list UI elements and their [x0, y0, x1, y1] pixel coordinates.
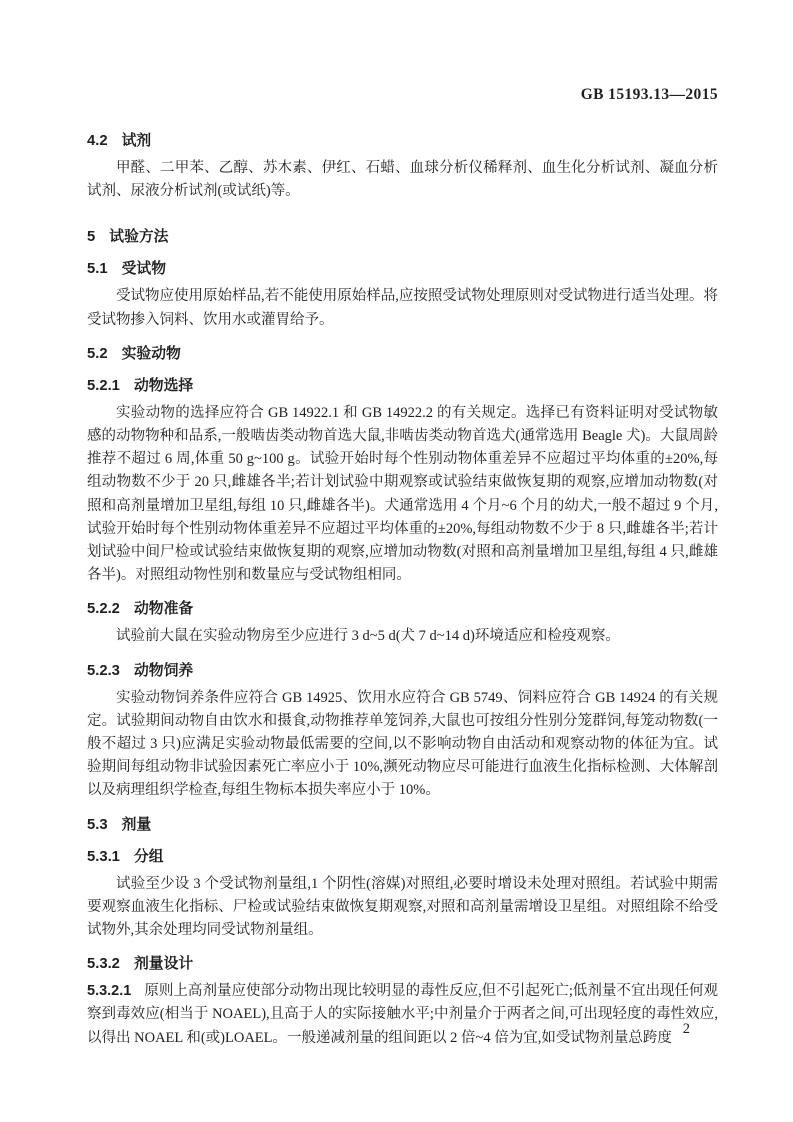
paragraph-test-substance: 受试物应使用原始样品,若不能使用原始样品,应按照受试物处理原则对受试物进行适当处… — [87, 285, 718, 331]
section-title: 动物准备 — [134, 601, 193, 617]
section-title: 分组 — [134, 849, 164, 865]
paragraph-dose-design: 5.3.2.1原则上高剂量应使部分动物出现比较明显的毒性反应,但不引起死亡;低剂… — [87, 980, 718, 1050]
paragraph-grouping: 试验至少设 3 个受试物剂量组,1 个阴性(溶媒)对照组,必要时增设未处理对照组… — [87, 873, 718, 943]
section-number: 5.3.1 — [87, 847, 120, 867]
section-number: 5.2.2 — [87, 599, 120, 619]
section-number: 5 — [87, 227, 95, 247]
section-heading-5-3: 5.3剂量 — [87, 815, 718, 835]
section-heading-5-1: 5.1受试物 — [87, 259, 718, 279]
section-heading-5-3-2: 5.3.2剂量设计 — [87, 954, 718, 974]
section-title: 剂量设计 — [134, 956, 193, 972]
section-heading-5-2-1: 5.2.1动物选择 — [87, 376, 718, 396]
section-number: 5.2 — [87, 344, 108, 364]
paragraph-animal-housing: 实验动物饲养条件应符合 GB 14925、饮用水应符合 GB 5749、饲料应符… — [87, 687, 718, 803]
section-heading-5-2: 5.2实验动物 — [87, 344, 718, 364]
section-number: 5.1 — [87, 259, 108, 279]
section-number: 5.2.3 — [87, 661, 120, 681]
page-number: 2 — [683, 1021, 690, 1037]
section-title: 实验动物 — [122, 346, 181, 362]
section-heading-5-2-2: 5.2.2动物准备 — [87, 599, 718, 619]
section-title: 剂量 — [122, 817, 152, 833]
section-number: 4.2 — [87, 131, 108, 151]
document-body: 4.2试剂 甲醛、二甲苯、乙醇、苏木素、伊红、石蜡、血球分析仪稀释剂、血生化分析… — [87, 131, 718, 1054]
section-title: 试验方法 — [109, 229, 168, 245]
page-header: GB 15193.13—2015 — [87, 86, 718, 104]
page-footer: 2 — [87, 1021, 718, 1038]
section-title: 试剂 — [122, 133, 152, 149]
section-title: 动物选择 — [134, 378, 193, 394]
paragraph-reagents: 甲醛、二甲苯、乙醇、苏木素、伊红、石蜡、血球分析仪稀释剂、血生化分析试剂、凝血分… — [87, 157, 718, 203]
section-heading-5: 5试验方法 — [87, 227, 718, 247]
section-number: 5.3 — [87, 815, 108, 835]
section-heading-5-2-3: 5.2.3动物饲养 — [87, 661, 718, 681]
section-title: 动物饲养 — [134, 663, 193, 679]
section-heading-4-2: 4.2试剂 — [87, 131, 718, 151]
paragraph-animal-selection: 实验动物的选择应符合 GB 14922.1 和 GB 14922.2 的有关规定… — [87, 402, 718, 588]
clause-number: 5.3.2.1 — [87, 983, 131, 999]
section-number: 5.2.1 — [87, 376, 120, 396]
section-heading-5-3-1: 5.3.1分组 — [87, 847, 718, 867]
section-number: 5.3.2 — [87, 954, 120, 974]
document-page: GB 15193.13—2015 4.2试剂 甲醛、二甲苯、乙醇、苏木素、伊红、… — [0, 0, 793, 1122]
paragraph-animal-preparation: 试验前大鼠在实验动物房至少应进行 3 d~5 d(犬 7 d~14 d)环境适应… — [87, 625, 718, 648]
standard-number: GB 15193.13—2015 — [581, 86, 718, 103]
section-title: 受试物 — [122, 261, 166, 277]
